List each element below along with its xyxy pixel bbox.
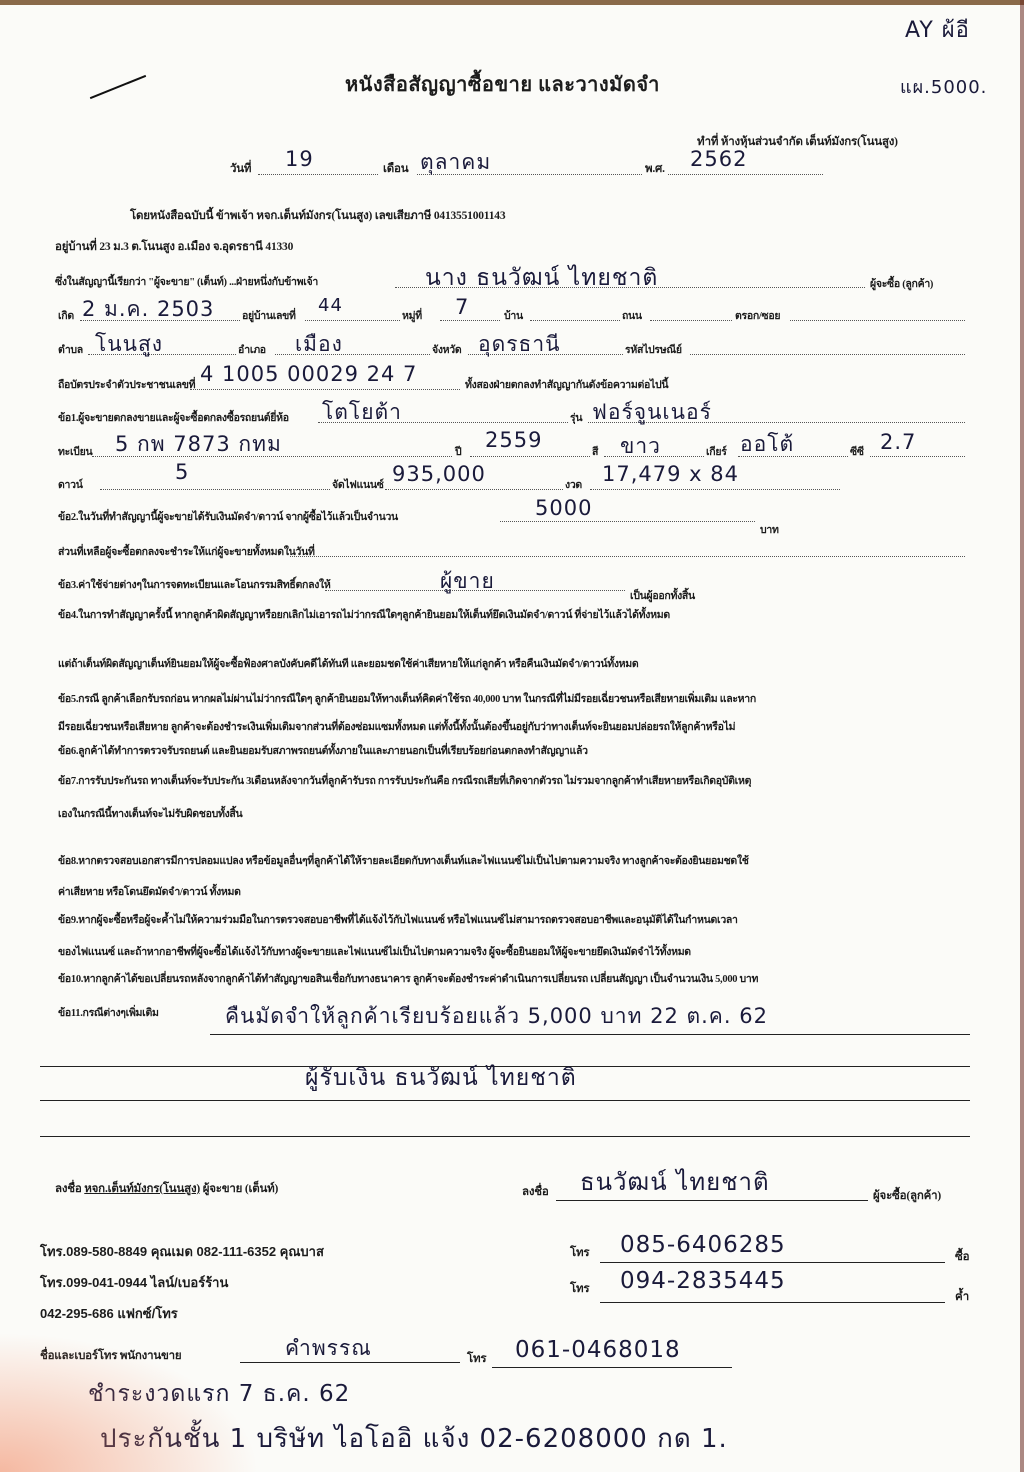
vehicle-plate[interactable]: 5 กพ 7873 กทม <box>115 428 282 461</box>
guarantor-tel-suffix: ค้ำ <box>955 1288 969 1306</box>
clause10: ข้อ10.หากลูกค้าได้ขอเปลี่ยนรถหลังจากลูกค… <box>58 970 758 987</box>
sales-tel-label: โทร <box>467 1350 486 1368</box>
vehicle-color[interactable]: ขาว <box>620 430 661 463</box>
clause9a: ข้อ9.หากผู้จะซื้อหรือผู้จะค้ำไม่ให้ความร… <box>58 911 738 928</box>
province-value[interactable]: อุดรธานี <box>478 328 561 361</box>
vehicle-year[interactable]: 2559 <box>485 428 542 452</box>
seller-sign-label: ลงชื่อ <box>55 1183 82 1195</box>
moo-label: หมู่ที่ <box>402 307 422 324</box>
clause5b: มีรอยเฉี่ยวชนหรือเสียหาย ลูกค้าจะต้องชำร… <box>58 718 735 735</box>
year-label: พ.ศ. <box>645 160 665 178</box>
clause3-label: ข้อ3.ค่าใช้จ่ายต่างๆในการจดทะเบียนและโอน… <box>58 576 330 593</box>
birth-label: เกิด <box>58 307 74 324</box>
finance-label: จัดไฟแนนซ์ <box>332 476 384 493</box>
birth-value[interactable]: 2 ม.ค. 2503 <box>82 293 214 326</box>
seller-role: ผู้จะขาย (เต็นท์) <box>203 1183 279 1195</box>
vehicle-install[interactable]: 17,479 x 84 <box>602 462 739 486</box>
contact-line2: โทร.099-041-0944 ไลน์/เบอร์ร้าน <box>40 1272 228 1293</box>
month-value[interactable]: ตุลาคม <box>420 146 491 179</box>
house-no-value[interactable]: 44 <box>318 295 343 316</box>
id-value[interactable]: 4 1005 00029 24 7 <box>200 362 417 386</box>
buyer-tel[interactable]: 085-6406285 <box>620 1232 786 1258</box>
buyer-name[interactable]: นาง ธนวัฒน์ ไทยชาติ <box>425 260 658 296</box>
id-suffix: ทั้งสองฝ่ายตกลงทำสัญญากันดังข้อความต่อไป… <box>465 376 668 393</box>
buyer-tel-suffix: ซื้อ <box>955 1248 969 1266</box>
clause6: ข้อ6.ลูกค้าได้ทำการตรวจรับรถยนต์ และยินย… <box>58 742 588 759</box>
paper-edge <box>0 0 1024 5</box>
gear-label: เกียร์ <box>706 443 727 460</box>
sales-tel[interactable]: 061-0468018 <box>515 1337 681 1363</box>
house-no-label: อยู่บ้านเลขที่ <box>242 307 296 324</box>
subdistrict-label: ตำบล <box>58 341 83 358</box>
province-label: จังหวัด <box>432 341 461 358</box>
intro-line2: อยู่บ้านที่ 23 ม.3 ต.โนนสูง อ.เมือง จ.อุ… <box>55 238 293 256</box>
clause4b: แต่ถ้าเต็นท์ผิดสัญญาเต็นท์ยินยอมให้ผู้จะ… <box>58 655 638 672</box>
buyer-suffix: ผู้จะซื้อ (ลูกค้า) <box>870 275 933 292</box>
contact-line1: โทร.089-580-8849 คุณเมด 082-111-6352 คุณ… <box>40 1241 324 1262</box>
vehicle-down[interactable]: 5 <box>175 460 189 484</box>
month-label: เดือน <box>383 160 408 178</box>
pen-stroke <box>90 75 146 99</box>
down-label: ดาวน์ <box>58 476 83 493</box>
clause3-suffix: เป็นผู้ออกทั้งสิ้น <box>630 587 695 604</box>
deposit-unit: บาท <box>760 521 779 538</box>
postcode-label: รหัสไปรษณีย์ <box>625 341 682 358</box>
vehicle-brand[interactable]: โตโยต้า <box>322 396 402 429</box>
deposit-amount[interactable]: 5000 <box>535 496 592 520</box>
id-label: ถือบัตรประจำตัวประชาชนเลขที่ <box>58 376 195 393</box>
guarantor-tel[interactable]: 094-2835445 <box>620 1268 786 1294</box>
guarantor-tel-label: โทร <box>570 1280 589 1298</box>
clause7a: ข้อ7.การรับประกันรถ ทางเต็นท์จะรับประกัน… <box>58 772 751 789</box>
moo-value[interactable]: 7 <box>455 295 469 319</box>
plate-label: ทะเบียน <box>58 443 92 460</box>
buyer-tel-label: โทร <box>570 1244 589 1262</box>
vehicle-model[interactable]: ฟอร์จูนเนอร์ <box>592 396 712 429</box>
district-label: อำเภอ <box>238 341 266 358</box>
day-label: วันที่ <box>230 160 251 178</box>
contact-line3: 042-295-686 แฟกซ์/โทร <box>40 1303 178 1324</box>
color-label: สี <box>592 443 598 460</box>
buyer-signature[interactable]: ธนวัฒน์ ไทยชาติ <box>580 1162 770 1201</box>
paper-edge-right <box>1020 0 1024 1472</box>
buyer-role: ผู้จะซื้อ(ลูกค้า) <box>873 1187 941 1205</box>
clause11-receiver[interactable]: ผู้รับเงิน ธนวัฒน์ ไทยชาติ <box>305 1060 577 1096</box>
clause11-note[interactable]: คืนมัดจำให้ลูกค้าเรียบร้อยแล้ว 5,000 บาท… <box>225 1000 768 1033</box>
vehicle-gear[interactable]: ออโต้ <box>740 428 794 461</box>
vehicle-cc[interactable]: 2.7 <box>880 430 916 454</box>
corner-note-line1: AY ผ้อี <box>905 12 970 47</box>
subdistrict-value[interactable]: โนนสูง <box>95 328 163 361</box>
day-value[interactable]: 19 <box>285 147 314 171</box>
clause5a: ข้อ5.กรณี ลูกค้าเลือกรับรถก่อน หากผลไม่ผ… <box>58 690 756 707</box>
clause2-label: ข้อ2.ในวันที่ทำสัญญานี้ผู้จะขายได้รับเงิ… <box>58 508 398 525</box>
clause11-label: ข้อ11.กรณีต่างๆเพิ่มเติม <box>58 1004 159 1021</box>
year-label-vehicle: ปี <box>455 443 461 460</box>
sales-name[interactable]: คำพรรณ <box>285 1332 372 1365</box>
year-value[interactable]: 2562 <box>690 147 747 171</box>
clause8a: ข้อ8.หากตรวจสอบเอกสารมีการปลอมแปลง หรือข… <box>58 852 749 869</box>
seller-name: หจก.เต็นท์มังกร(โนนสูง) <box>84 1183 200 1195</box>
clause1-label: ข้อ1.ผู้จะขายตกลงขายและผู้จะซื้อตกลงซื้อ… <box>58 409 289 426</box>
village-label: บ้าน <box>504 307 523 324</box>
document-title: หนังสือสัญญาซื้อขาย และวางมัดจำ <box>345 68 660 100</box>
buyer-sign-label: ลงชื่อ <box>522 1183 549 1201</box>
clause2b: ส่วนที่เหลือผู้จะซื้อตกลงจะชำระให้แก่ผู้… <box>58 543 315 560</box>
clause8b: ค่าเสียหาย หรือโดนยึดมัดจำ/ดาวน์ ทั้งหมด <box>58 883 241 900</box>
cc-label: ซีซี <box>850 443 864 460</box>
soi-label: ตรอก/ซอย <box>735 307 780 324</box>
corner-note-line2: แผ.5000. <box>900 72 987 101</box>
lighting-glare <box>0 1332 260 1472</box>
clause3-value[interactable]: ผู้ขาย <box>440 565 495 598</box>
buyer-prefix: ซึ่งในสัญญานี้เรียกว่า "ผู้จะขาย" (เต็นท… <box>55 273 318 290</box>
intro-line1: โดยหนังสือฉบับนี้ ข้าพเจ้า หจก.เต็นท์มัง… <box>130 207 505 225</box>
clause9b: ของไฟแนนซ์ และถ้าหากอาชีพที่ผู้จะซื้อได้… <box>58 943 691 960</box>
district-value[interactable]: เมือง <box>295 328 343 361</box>
seller-signature-line: ลงชื่อ หจก.เต็นท์มังกร(โนนสูง) ผู้จะขาย … <box>55 1180 278 1198</box>
model-label: รุ่น <box>570 409 582 426</box>
clause4a: ข้อ4.ในการทำสัญญาครั้งนี้ หากลูกค้าผิดสั… <box>58 606 670 623</box>
clause7b: เองในกรณีนี้ทางเต็นท์จะไม่รับผิดชอบทั้งส… <box>58 805 242 822</box>
road-label: ถนน <box>622 307 642 324</box>
install-label: งวด <box>565 476 582 493</box>
vehicle-finance[interactable]: 935,000 <box>392 462 486 486</box>
